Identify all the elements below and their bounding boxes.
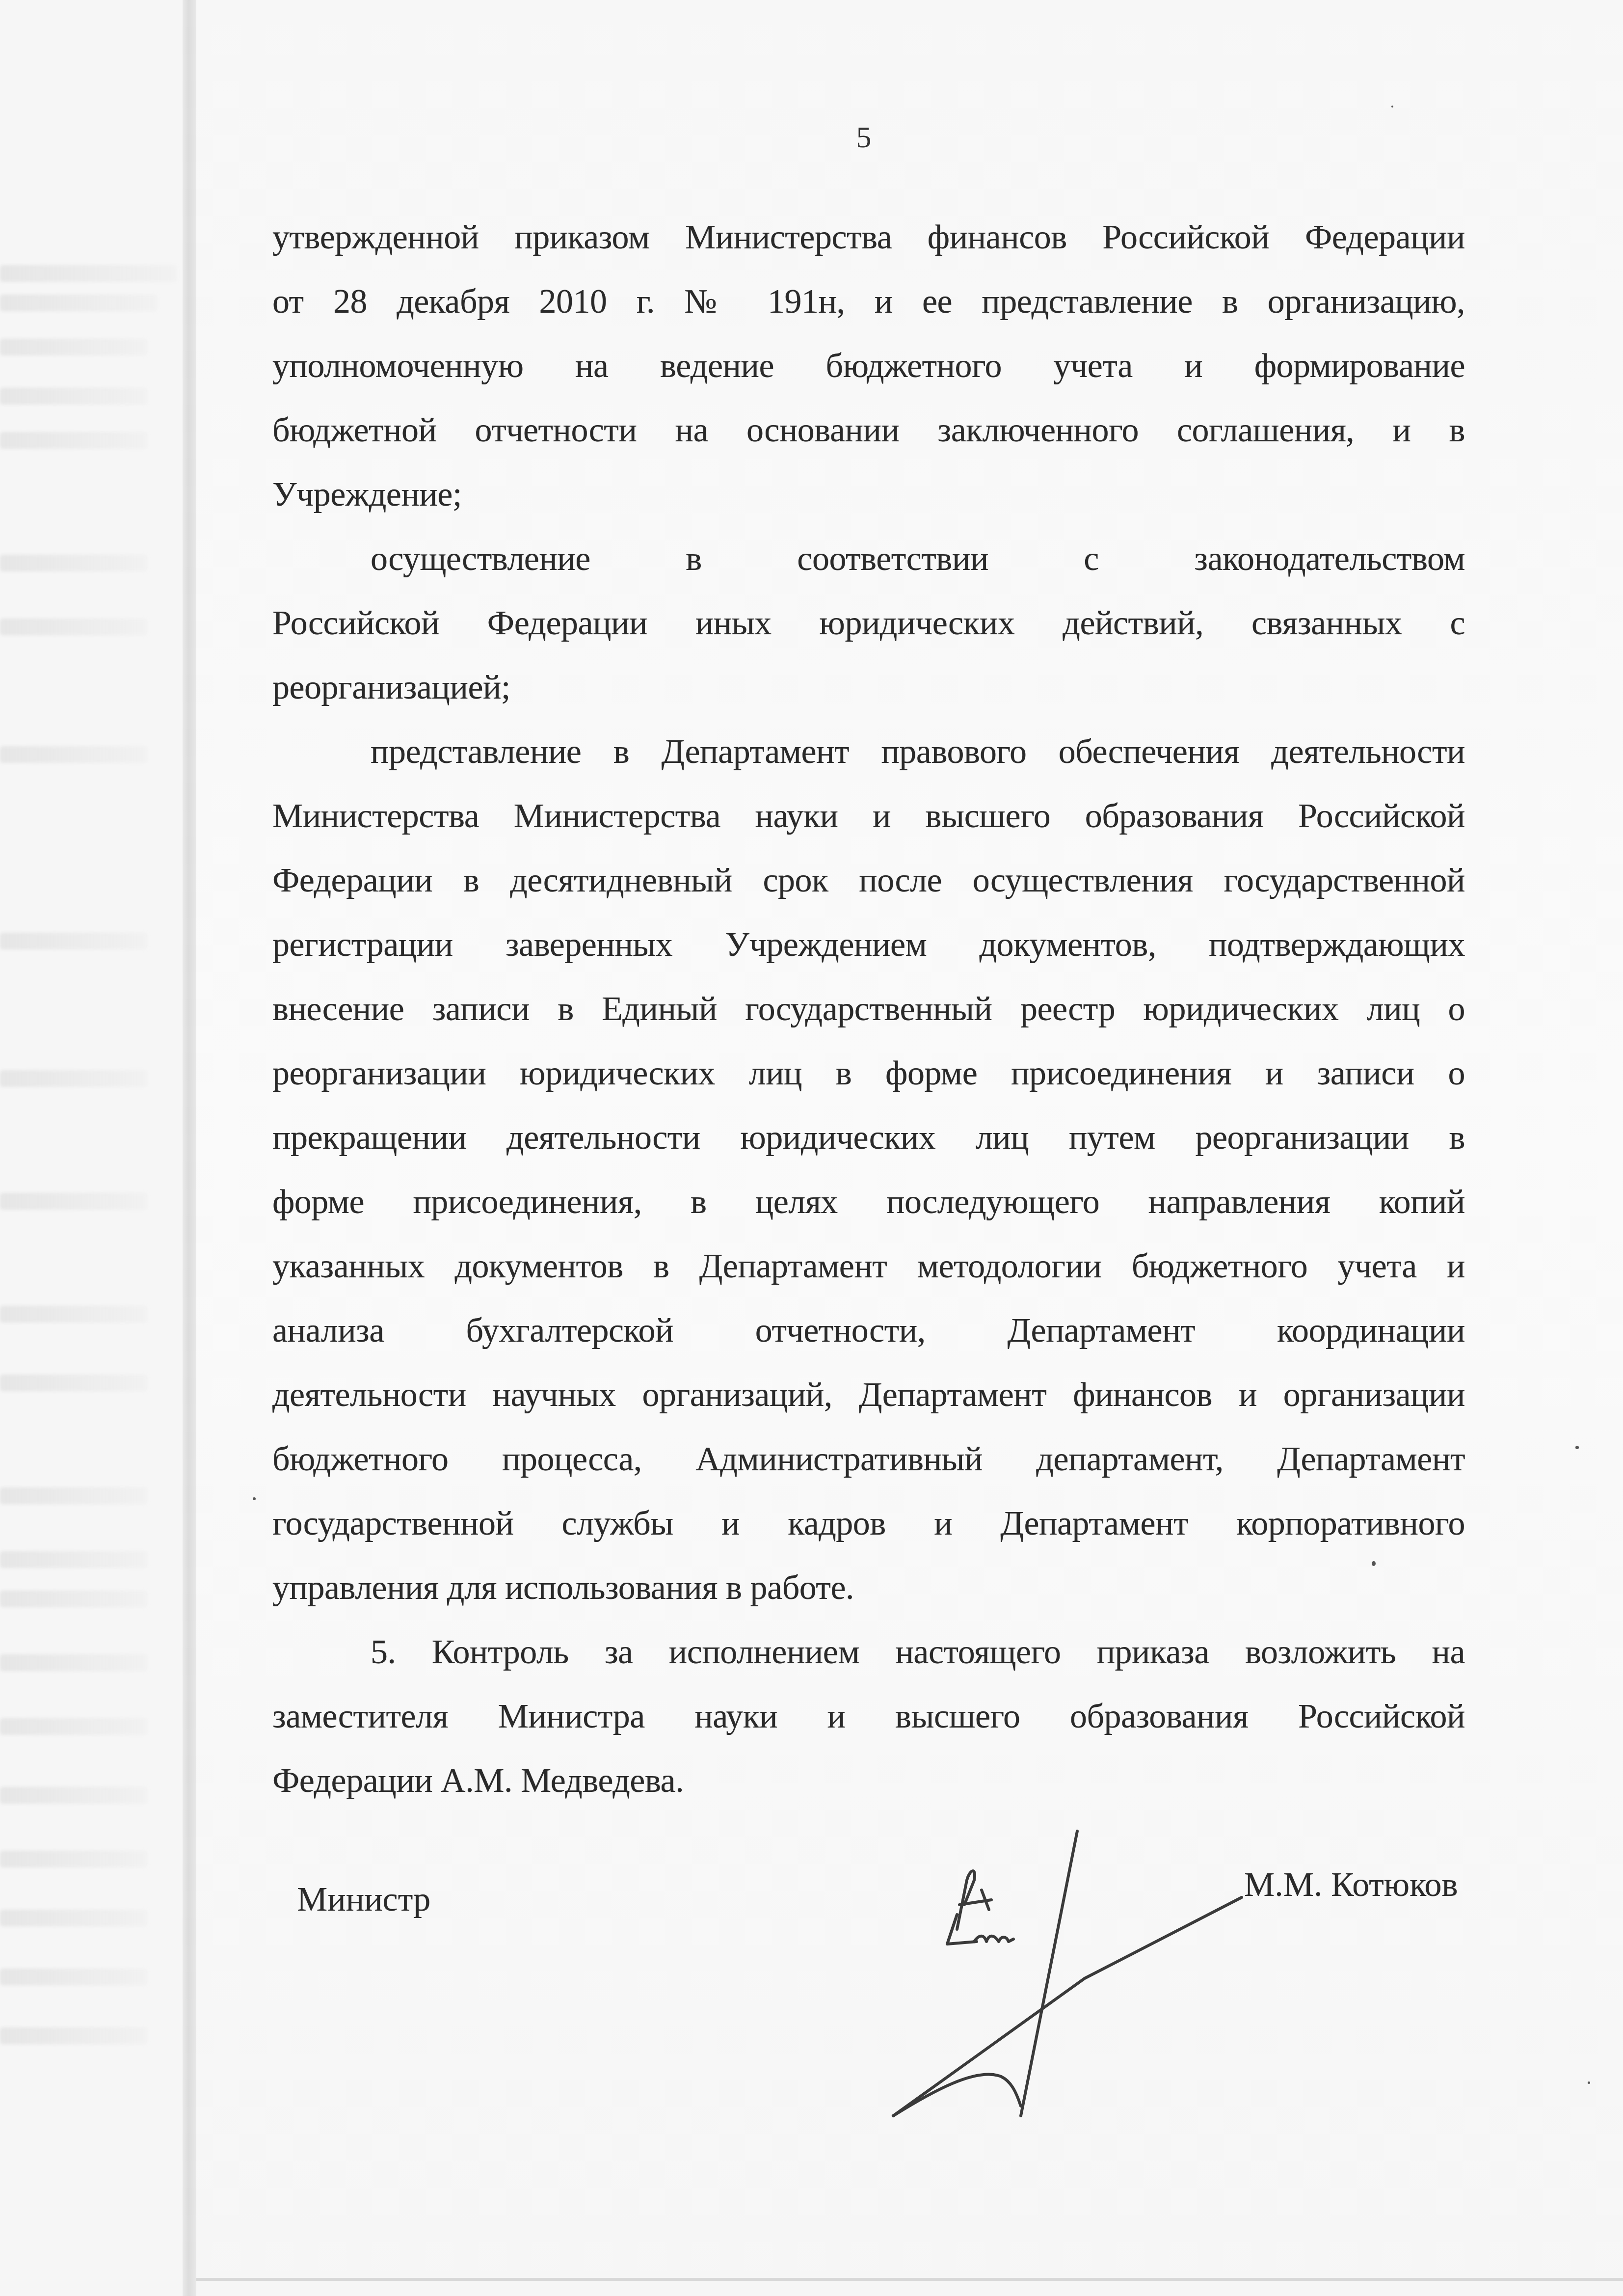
ghost-text-line <box>0 2027 147 2044</box>
ghost-text-line <box>0 432 147 449</box>
scan-speck <box>1575 1446 1579 1449</box>
body-text-line: указанных документов в Департамент метод… <box>272 1234 1465 1298</box>
body-text-line: уполномоченную на ведение бюджетного уче… <box>272 334 1465 398</box>
ghost-text-line <box>0 265 177 282</box>
body-text-line: форме присоединения, в целях последующег… <box>272 1170 1465 1234</box>
ghost-text-line <box>0 1787 147 1804</box>
body-text-line: бюджетной отчетности на основании заключ… <box>272 398 1465 462</box>
body-text-line: внесение записи в Единый государственный… <box>272 977 1465 1041</box>
body-text-line: утвержденной приказом Министерства финан… <box>272 205 1465 270</box>
ghost-text-line <box>0 1910 147 1926</box>
document-body: утвержденной приказом Министерства финан… <box>272 205 1465 1813</box>
ghost-text-line <box>0 746 147 763</box>
ghost-text-line <box>0 295 157 311</box>
scan-speck <box>1391 106 1393 108</box>
ghost-text-line <box>0 388 147 405</box>
body-text-line: деятельности научных организаций, Департ… <box>272 1363 1465 1427</box>
body-text-line: прекращении деятельности юридических лиц… <box>272 1106 1465 1170</box>
ghost-text-line <box>0 1375 147 1391</box>
ghost-text-line <box>0 339 147 355</box>
body-text-line: Российской Федерации иных юридических де… <box>272 591 1465 655</box>
body-text-line: 5. Контроль за исполнением настоящего пр… <box>272 1620 1465 1684</box>
ghost-text-line <box>0 555 147 571</box>
page-number: 5 <box>834 120 893 155</box>
body-text-line: осуществление в соответствии с законодат… <box>272 527 1465 591</box>
scan-speck <box>1372 1561 1376 1566</box>
body-text-line: регистрации заверенных Учреждением докум… <box>272 913 1465 977</box>
body-text-line: заместителя Министра науки и высшего обр… <box>272 1684 1465 1749</box>
page-bottom-edge <box>196 2278 1623 2281</box>
body-text-line: государственной службы и кадров и Департ… <box>272 1491 1465 1556</box>
ghost-text-line <box>0 1487 147 1504</box>
body-text-line: бюджетного процесса, Административный де… <box>272 1427 1465 1491</box>
ghost-text-line <box>0 1851 147 1867</box>
ghost-text-line <box>0 1654 147 1671</box>
body-text-line: от 28 декабря 2010 г. № 191н, и ее предс… <box>272 270 1465 334</box>
body-text-line: Федерации А.М. Медведева. <box>272 1749 1465 1813</box>
ghost-text-line <box>0 1551 147 1568</box>
body-text-line: представление в Департамент правового об… <box>272 720 1465 784</box>
ghost-text-line <box>0 933 147 949</box>
ghost-text-line <box>0 1718 147 1735</box>
body-text-line: реорганизацией; <box>272 655 1465 720</box>
body-text-line: Министерства Министерства науки и высшег… <box>272 784 1465 848</box>
body-text-line: анализа бухгалтерской отчетности, Департ… <box>272 1298 1465 1363</box>
body-text-line: реорганизации юридических лиц в форме пр… <box>272 1041 1465 1106</box>
ghost-text-line <box>0 1070 147 1087</box>
ghost-text-line <box>0 1969 147 1985</box>
body-text-line: Федерации в десятидневный срок после осу… <box>272 848 1465 913</box>
adjacent-page-bleed <box>0 0 186 2296</box>
body-text-line: управления для использования в работе. <box>272 1556 1465 1620</box>
scan-speck <box>1588 2081 1590 2084</box>
body-text-line: Учреждение; <box>272 462 1465 527</box>
scan-speck <box>253 1497 256 1500</box>
ghost-text-line <box>0 1193 147 1210</box>
ghost-text-line <box>0 1591 147 1607</box>
ghost-text-line <box>0 1306 147 1323</box>
ghost-text-line <box>0 619 147 635</box>
